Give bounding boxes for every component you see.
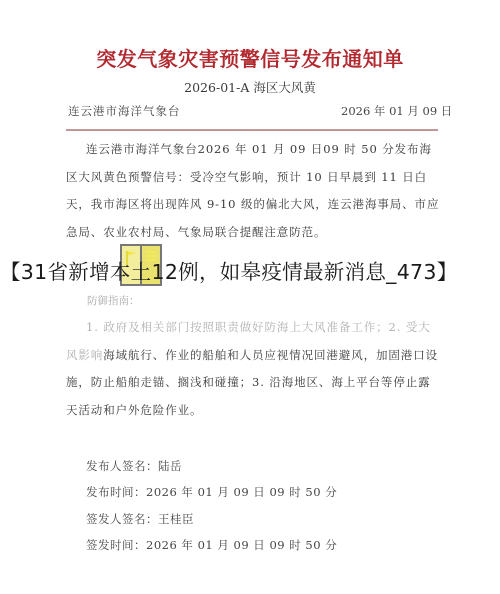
sig-label: 发布人签名： [86,459,158,473]
publisher-signature: 发布人签名：陆岳 [86,458,182,474]
header-divider [66,129,438,131]
warning-notice-document: 突发气象灾害预警信号发布通知单 2026-01-A 海区大风黄 连云港市海洋气象… [0,0,500,594]
defense-guide-label: 防御指南： [87,293,140,308]
overlay-caption: 【31省新增本土12例，如皋疫情最新消息_473】 [0,258,500,286]
sig-label: 发布时间： [86,485,146,499]
issue-date: 2026 年 01 月 09 日 [341,103,452,119]
sig-value: 2026 年 01 月 09 日 09 时 50 分 [146,538,337,552]
approve-time: 签发时间：2026 年 01 月 09 日 09 时 50 分 [86,537,337,553]
defense-guide-rest: 海域航行、作业的船舶和人员应视情况回港避风，加固港口设施，防止船舶走锚、搁浅和碰… [66,348,438,417]
sig-value: 陆岳 [158,459,182,473]
notice-body: 连云港市海洋气象台2026 年 01 月 09 日09 时 50 分发布海区大风… [66,136,440,246]
publish-time: 发布时间：2026 年 01 月 09 日 09 时 50 分 [86,484,337,500]
approver-signature: 签发人签名：王桂臣 [86,511,194,527]
sig-label: 签发时间： [86,538,146,552]
sig-value: 王桂臣 [158,512,194,526]
sig-label: 签发人签名： [86,512,158,526]
defense-guide-text: 1. 政府及相关部门按照职责做好防海上大风准备工作；2. 受大风影响海域航行、作… [66,314,440,424]
sig-value: 2026 年 01 月 09 日 09 时 50 分 [146,485,337,499]
document-subtitle: 2026-01-A 海区大风黄 [0,78,500,96]
document-title: 突发气象灾害预警信号发布通知单 [0,43,500,72]
issuer: 连云港市海洋气象台 [68,103,181,119]
